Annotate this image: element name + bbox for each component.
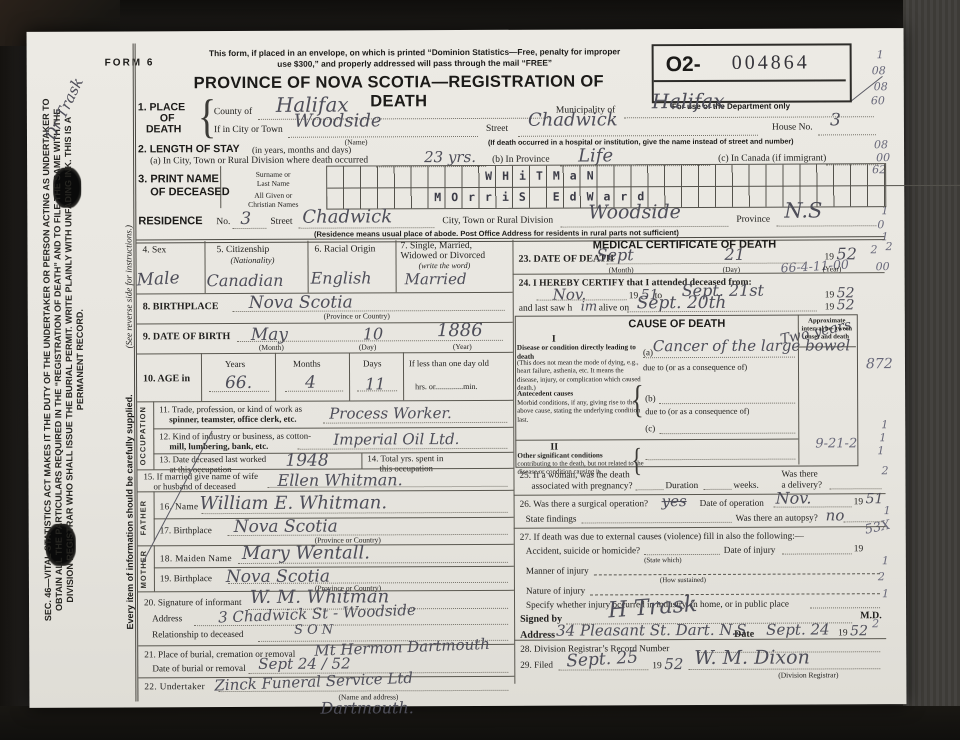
industry-value: Imperial Oil Ltd. [333,430,459,449]
stay-c-label: (c) In Canada (if immigrant) [718,153,826,163]
filed-year-prefix: 19 [652,661,662,671]
length-of-stay-subnote: (in years, months and days) [252,145,351,155]
residence-street-label: Street [270,217,292,227]
dotted-line [558,669,648,670]
last-worked-label-line1: 13. Date deceased last worked [159,454,266,464]
physician-address-value: 34 Pleasant St. Dart. N.S [556,621,746,640]
residence-province-value: N.S [784,198,822,222]
marital-label-line1: 7. Single, Married, [400,241,472,251]
pregnancy-label-line1: 25. If a woman, was the death [519,469,629,479]
citizenship-subnote: (Nationality) [231,255,275,265]
birth-month-subnote: (Month) [259,343,284,352]
spouse-label-line2: or husband of deceased [153,481,235,491]
print-name-label1: 3. PRINT NAME [138,173,219,185]
brace-glyph: { [631,378,644,423]
length-of-stay-label: 2. LENGTH OF STAY [138,143,240,155]
findings-label: State findings [526,514,577,524]
brace-glyph: { [631,441,642,480]
father-vertical-label: FATHER [139,495,153,539]
residence-city-value: Woodside [588,201,681,223]
last-saw-him: im [581,299,598,314]
dotted-line [607,263,807,265]
division-registrar-signature: W. M. Dixon [694,647,810,670]
dotted-line [582,522,732,524]
citizenship-value: Canadian [207,271,284,290]
duration-label: Duration [665,480,698,490]
last-saw-label: and last saw h [519,304,573,314]
spouse-label-line1: 15. If married give name of wife [143,471,258,481]
to-year-prefix: 19 [825,290,835,300]
manner-of-injury-label: Manner of injury [526,565,589,575]
external-causes-label: 27. If death was due to external causes … [520,531,804,542]
house-no-value: 3 [830,110,841,130]
dotted-line [810,607,880,608]
cause-a-prefix: (a) [643,347,653,357]
marital-label-line2: Widowed or Divorced [400,251,485,261]
birth-day-subnote: (Day) [359,342,377,351]
trade-label-line1: 11. Trade, profession, or kind of work a… [159,404,302,415]
disease-finenote: (This does not mean the mode of dying, e… [517,359,641,393]
father-name-value: William E. Whitman. [200,492,388,514]
trade-label-line2: spinner, teamster, office clerk, etc. [169,414,296,425]
due-to-label-2: due to (or as a consequence of) [645,407,749,416]
surname-label-line1: Surname or [256,170,291,179]
rule [514,526,886,529]
place-of-death-label3: DEATH [146,123,181,135]
death-year-prefix: 19 [824,252,834,262]
citizenship-label: 5. Citizenship [216,245,269,255]
antecedent-label: Antecedent causes [517,390,573,398]
operation-date-label: Date of operation [700,498,764,508]
rule [137,400,513,403]
age-less-label: If less than one day old [409,358,489,368]
rule [514,493,886,496]
divider [153,401,154,469]
informant-relationship-label: Relationship to deceased [152,629,243,639]
rule [514,638,886,641]
medical-certificate-title: MEDICAL CERTIFICATE OF DEATH [534,238,834,251]
stamp-prefix: O2- [666,53,701,77]
sex-label: 4. Sex [142,245,166,255]
injury-year-prefix: 19 [854,544,864,554]
burial-date-value: Sept 24 / 52 [258,655,350,673]
date-of-injury-label: Date of injury [724,545,776,555]
spouse-value: Ellen Whitman. [277,470,402,490]
age-days-label: Days [363,358,382,368]
divider [201,353,202,401]
division-registrar-subnote: (Division Registrar) [738,670,878,680]
operation-year-value: 51 [866,491,884,507]
informant-signature-label: 20. Signature of informant [144,597,242,607]
surname-label: Surname orLast Name [222,170,324,188]
divider [307,241,308,293]
mail-notice-line1: This form, if placed in an envelope, on … [192,46,638,59]
father-birthplace-label: 17. Birthplace [160,525,212,535]
residence-label: RESIDENCE [138,215,202,227]
how-sustained-subnote: (How sustained) [628,576,738,584]
street-value: Chadwick [528,109,618,130]
scanned-death-registration: SEC. 46—VITAL STATISTICS ACT MAKES IT TH… [0,0,960,740]
death-year-value: 52 [836,244,856,263]
filed-date-value: Sept. 25 [566,647,639,671]
cause-a-value: Cancer of the large bowel [653,336,850,355]
operation-year-prefix: 19 [854,497,864,507]
filed-label: 29. Filed [520,660,553,670]
birthplace-label: 8. BIRTHPLACE [143,301,219,312]
stay-b-label: (b) In Province [492,155,550,165]
dotted-line [704,489,732,490]
due-to-label-1: due to (or as a consequence of) [643,363,747,372]
accident-label: Accident, suicide or homicide? [526,545,640,555]
alive-on-label: alive on [599,303,629,313]
municipality-value: Halifax [652,89,725,113]
mother-maiden-value: Mary Wentall. [242,542,370,564]
mail-notice-line2: use $300,” and properly addressed will p… [192,57,638,70]
other-conditions-label: Other significant conditions [517,451,602,459]
residence-no-value: 3 [240,209,251,229]
hospital-subnote: (If death occurred in a hospital or inst… [488,137,794,147]
burial-date-label: Date of burial or removal [152,663,245,673]
stay-a-value: 23 yrs. [424,148,476,166]
dotted-line [285,391,343,392]
operation-value: yes [662,492,687,510]
dotted-line [844,521,884,522]
rule [513,272,885,275]
dotted-line [209,391,269,392]
divider [275,353,276,401]
undertaker-label: 22. Undertaker [144,681,205,691]
house-no-label: House No. [772,122,813,132]
industry-label-line2: mill, lumbering, bank, etc. [169,441,268,451]
form-body: This form, if placed in an envelope, on … [133,40,899,701]
divider [403,352,404,400]
dotted-line [830,488,882,489]
saw-year-value: 52 [837,297,855,313]
background-bottom [0,706,960,740]
divider [204,241,205,293]
death-day-value: 21 [724,245,744,264]
age-months-label: Months [293,359,321,369]
city-town-label: If in City or Town [214,125,283,135]
trade-value: Process Worker. [329,404,452,423]
background-top [0,0,960,32]
nature-of-injury-label: Nature of injury [526,585,585,595]
marital-subnote: (write the word) [419,261,471,270]
mail-notice: This form, if placed in an envelope, on … [192,46,638,70]
rule [154,566,514,569]
md-label: M.D. [860,610,882,621]
stay-b-value: Life [578,145,613,166]
stamp-number: 004864 [732,51,810,74]
residence-street-value: Chadwick [302,206,392,227]
county-label: County of [214,107,252,117]
saw-year-prefix: 19 [825,302,835,312]
form-page: SEC. 46—VITAL STATISTICS ACT MAKES IT TH… [27,28,907,708]
given-label-line1: All Given or [254,191,292,200]
filed-year-value: 52 [664,655,683,673]
divider [361,452,362,468]
residence-province-label: Province [736,215,770,225]
rule [137,352,513,355]
rule [153,427,513,430]
given-label-line2: Christian Names [248,200,298,209]
fill-line [590,593,880,595]
sex-value: Male [136,268,180,290]
dotted-line [776,225,876,226]
mother-maiden-label: 18. Maiden Name [160,553,232,563]
surname-label-line2: Last Name [257,179,290,188]
background-left [0,0,30,740]
operation-label: 26. Was there a surgical operation? [520,498,649,509]
residence-city-label: City, Town or Rural Division [442,216,553,226]
signed-year-value: 52 [850,623,868,639]
age-years-label: Years [225,359,245,369]
divider [154,491,155,541]
physician-signature: H Trask [607,592,698,624]
divider [349,353,350,401]
father-name-label: 16. Name [160,501,199,511]
residence-no-label: No. [216,217,230,227]
dotted-line [357,390,397,391]
cause-b-prefix: (b) [645,393,656,403]
dotted-line [818,134,876,135]
delivery-label-line1: Was there [781,468,817,478]
antecedent-finenote: Morbid conditions, if any, giving rise t… [517,399,645,425]
signed-year-prefix: 19 [838,628,848,638]
divider [220,166,221,208]
marital-value: Married [405,270,467,288]
stamp-divider [654,79,846,82]
mother-birthplace-label: 19. Birthplace [160,573,212,583]
birth-year-value: 1886 [437,320,483,341]
dotted-line [782,553,852,554]
brace-glyph: { [198,90,216,145]
informant-relationship-value: SON [294,623,337,638]
industry-label-line1: 12. Kind of industry or business, as cot… [159,431,311,442]
date-of-birth-label: 9. DATE OF BIRTH [143,331,230,342]
racial-origin-value: English [311,268,372,287]
birthplace-subnote: (Province or Country) [257,311,457,321]
autopsy-label: Was there an autopsy? [736,512,818,522]
city-town-value: Woodside [294,110,382,131]
street-label: Street [486,124,508,134]
weeks-label: weeks. [733,480,758,490]
father-birthplace-value: Nova Scotia [234,517,338,537]
age-label: 10. AGE in [143,373,190,384]
divider [395,240,396,292]
cause-c-prefix: (c) [645,423,655,433]
background-right-fabric [903,0,960,740]
occupation-vertical-label: OCCUPATION [138,403,152,467]
age-hrs-label: hrs. or..............min. [415,382,477,391]
cause-of-death-title: CAUSE OF DEATH [567,318,787,331]
sidebar-sec46-text: SEC. 46—VITAL STATISTICS ACT MAKES IT TH… [41,90,123,630]
death-month-value: Sept [596,245,633,264]
pregnancy-label-line2: associated with pregnancy? [531,480,632,490]
autopsy-value: no [826,506,845,524]
racial-origin-label: 6. Racial Origin [314,244,375,254]
undertaker-city-value: Dartmouth. [320,698,413,717]
signed-date-value: Sept. 24 [766,620,829,638]
state-which-subnote: (State which) [608,556,718,564]
total-years-label-line1: 14. Total yrs. spent in [367,453,443,463]
informant-address-label: Address [152,613,182,623]
birth-year-subnote: (Year) [453,342,472,351]
print-name-label2: OF DECEASED [150,186,230,198]
operation-date-value: Nov. [776,488,812,507]
dotted-line [636,489,664,490]
birthplace-value: Nova Scotia [249,292,353,312]
